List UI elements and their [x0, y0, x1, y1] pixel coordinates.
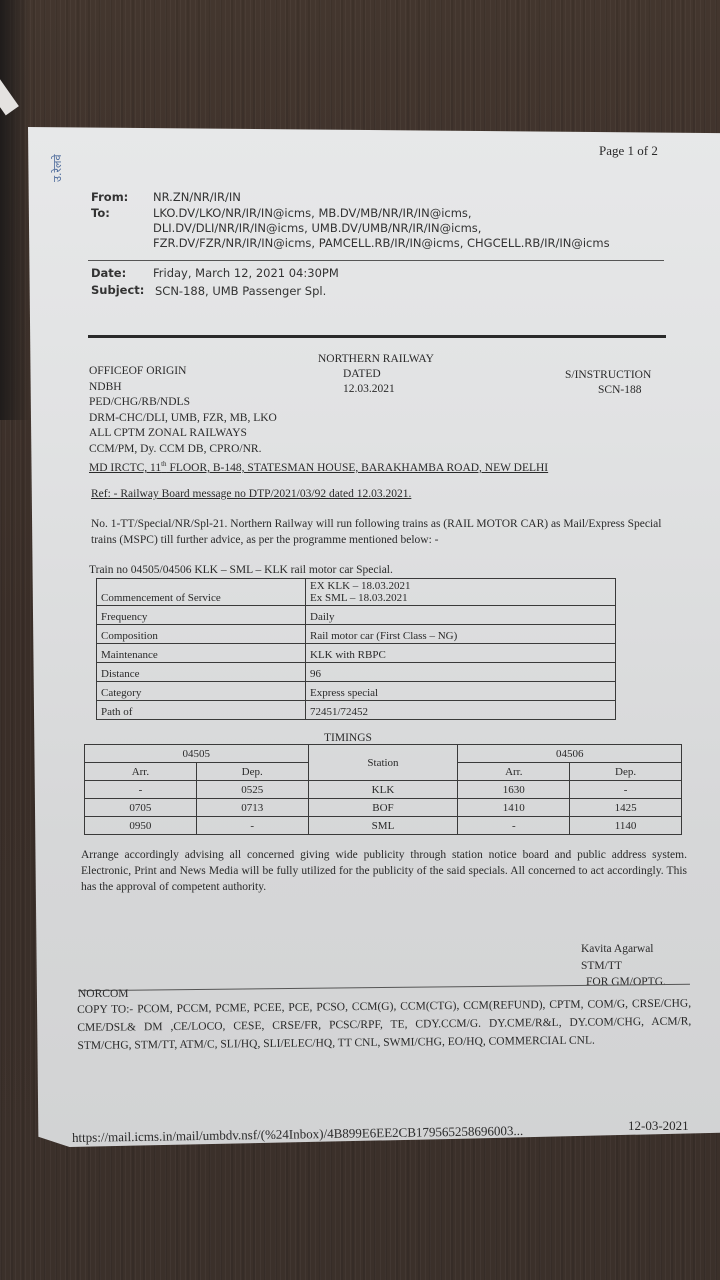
- addressee-line: DRM-CHC/DLI, UMB, FZR, MB, LKO: [89, 411, 548, 427]
- signatory-name: Kavita Agarwal: [581, 942, 654, 958]
- date-value: Friday, March 12, 2021 04:30PM: [153, 266, 339, 281]
- closing-paragraph: Arrange accordingly advising all concern…: [81, 847, 687, 895]
- page-indicator: Page 1 of 2: [599, 143, 658, 159]
- intro-paragraph: No. 1-TT/Special/NR/Spl-21. Northern Rai…: [91, 516, 671, 548]
- instruction-value: SCN-188: [598, 383, 641, 399]
- table-row: Distance96: [97, 663, 616, 682]
- table-row: - 0525 KLK 1630 -: [85, 781, 682, 799]
- from-value: NR.ZN/NR/IR/IN: [153, 190, 241, 205]
- to-line-2: DLI.DV/DLI/NR/IR/IN@icms, UMB.DV/UMB/NR/…: [153, 221, 481, 236]
- to-line-1: LKO.DV/LKO/NR/IR/IN@icms, MB.DV/MB/NR/IR…: [153, 206, 472, 221]
- email-meta: Date: Friday, March 12, 2021 04:30PM Sub…: [91, 266, 691, 300]
- table-row: CompositionRail motor car (First Class –…: [97, 625, 616, 644]
- footer-url: https://mail.icms.in/mail/umbdv.nsf/(%24…: [72, 1123, 523, 1146]
- train-title: Train no 04505/04506 KLK – SML – KLK rai…: [89, 563, 393, 579]
- to-label: To:: [91, 206, 110, 220]
- service-details-table: Commencement of Service EX KLK – 18.03.2…: [96, 578, 616, 720]
- reference-line: Ref: - Railway Board message no DTP/2021…: [91, 487, 411, 503]
- station-header: Station: [308, 745, 458, 781]
- addressee-list: OFFICEOF ORIGIN NDBH PED/CHG/RB/NDLS DRM…: [89, 364, 548, 476]
- addressee-line: OFFICEOF ORIGIN: [89, 364, 548, 380]
- subject-value: SCN-188, UMB Passenger Spl.: [155, 284, 326, 299]
- footer-date: 12-03-2021: [628, 1118, 689, 1134]
- instruction-label: S/INSTRUCTION: [565, 368, 651, 384]
- table-header-row: 04505 Station 04506: [85, 745, 682, 763]
- header-divider: [88, 260, 664, 261]
- table-row: FrequencyDaily: [97, 606, 616, 625]
- irctc-address: MD IRCTC, 11th FLOOR, B-148, STATESMAN H…: [89, 457, 548, 476]
- email-header: From: NR.ZN/NR/IR/IN To: LKO.DV/LKO/NR/I…: [91, 190, 691, 260]
- addressee-line: CCM/PM, Dy. CCM DB, CPRO/NR.: [89, 442, 548, 458]
- letter-divider: [88, 335, 666, 338]
- table-row: Path of72451/72452: [97, 701, 616, 720]
- timings-table: 04505 Station 04506 Arr. Dep. Arr. Dep. …: [84, 744, 682, 835]
- train-up-header: 04505: [85, 745, 309, 763]
- train-down-header: 04506: [458, 745, 682, 763]
- table-row: CategoryExpress special: [97, 682, 616, 701]
- printed-document: उ.रेलवे Page 1 of 2 From: NR.ZN/NR/IR/IN…: [28, 127, 720, 1147]
- table-edge-shadow: [0, 0, 30, 420]
- addressee-line: NDBH: [89, 380, 548, 396]
- signatory-for: FOR GM/OPTG.: [586, 975, 666, 991]
- hindi-stamp: उ.रेलवे: [50, 154, 65, 182]
- subject-label: Subject:: [91, 283, 144, 297]
- table-row: 0705 0713 BOF 1410 1425: [85, 799, 682, 817]
- signatory-designation: STM/TT: [581, 959, 622, 975]
- commencement-values: EX KLK – 18.03.2021 Ex SML – 18.03.2021: [306, 579, 616, 606]
- to-line-3: FZR.DV/FZR/NR/IR/IN@icms, PAMCELL.RB/IR/…: [153, 236, 610, 251]
- table-row: 0950 - SML - 1140: [85, 817, 682, 835]
- copy-to-list: COPY TO:- PCOM, PCCM, PCME, PCEE, PCE, P…: [77, 995, 692, 1055]
- table-row: MaintenanceKLK with RBPC: [97, 644, 616, 663]
- addressee-line: PED/CHG/RB/NDLS: [89, 395, 548, 411]
- date-label: Date:: [91, 266, 126, 280]
- table-row: Commencement of Service EX KLK – 18.03.2…: [97, 579, 616, 606]
- commencement-label: Commencement of Service: [97, 579, 306, 606]
- addressee-line: ALL CPTM ZONAL RAILWAYS: [89, 426, 548, 442]
- from-label: From:: [91, 190, 128, 204]
